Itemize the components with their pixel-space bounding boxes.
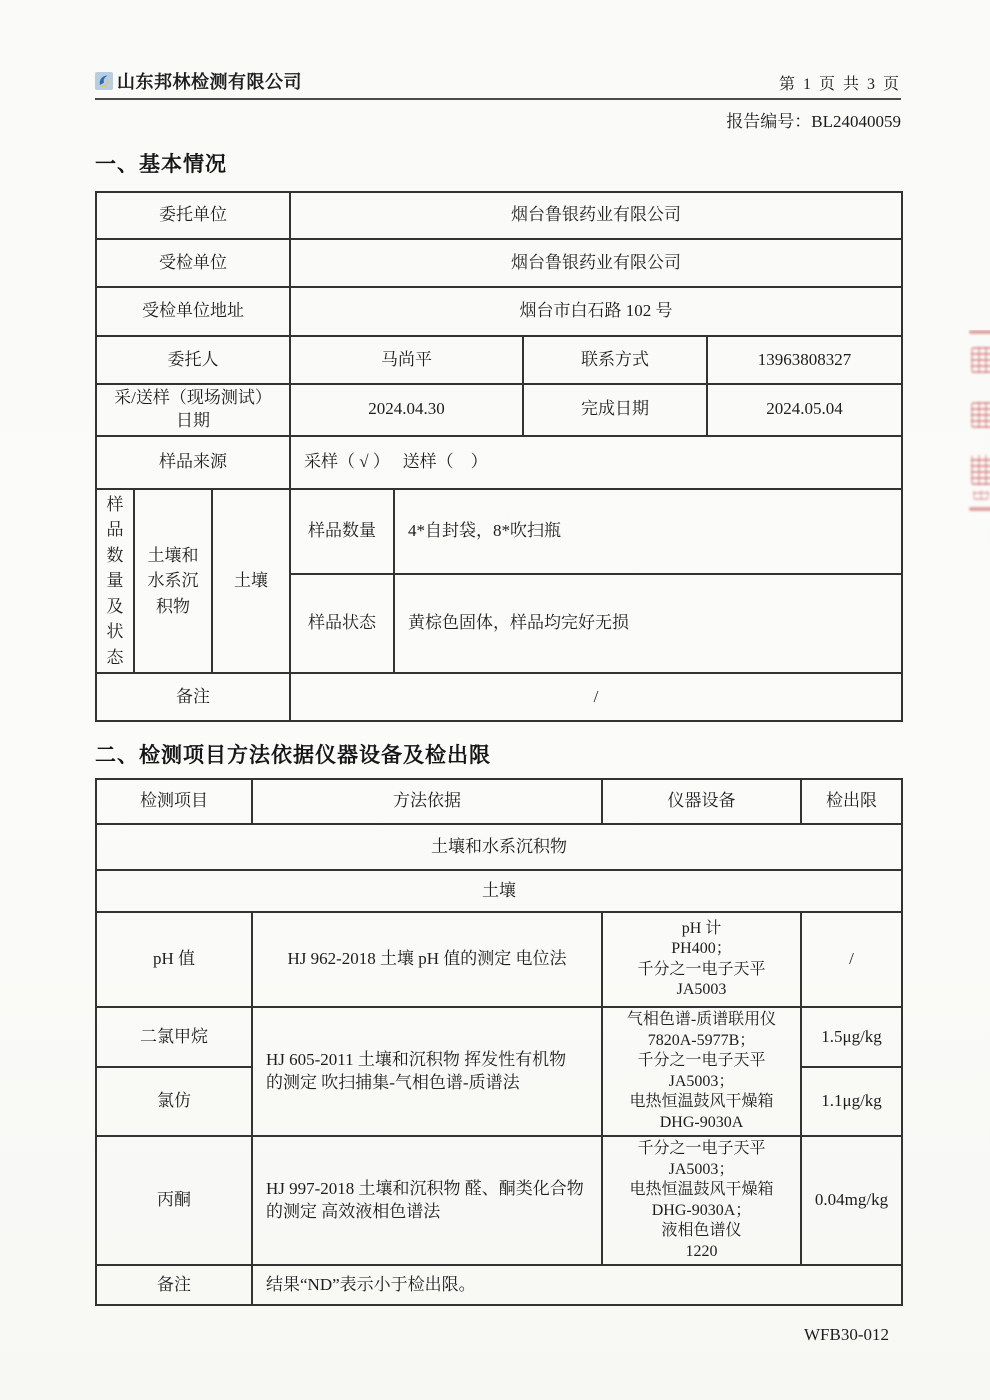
stamp-mark xyxy=(971,347,990,373)
entrust-unit-label: 委托单位 xyxy=(96,192,290,239)
form-code: WFB30-012 xyxy=(95,1325,901,1345)
table-row: 受检单位地址 烟台市白石路 102 号 xyxy=(96,287,902,336)
dcm-limit: 1.5μg/kg xyxy=(801,1007,902,1067)
sample-state-value: 黄棕色固体，样品均完好无损 xyxy=(394,574,902,673)
table2-remark-label: 备注 xyxy=(96,1265,252,1305)
stamp-mark xyxy=(969,330,990,334)
sample-type-label: 土壤 xyxy=(212,489,290,674)
band-matrix: 土壤和水系沉积物 xyxy=(96,824,902,870)
ph-equipment: pH 计 PH400； 千分之一电子天平 JA5003 xyxy=(602,912,801,1007)
table-header-row: 检测项目 方法依据 仪器设备 检出限 xyxy=(96,779,902,824)
company-logo-icon xyxy=(95,72,113,90)
acetone-item: 丙酮 xyxy=(96,1136,252,1265)
red-stamp-fragment xyxy=(964,330,990,514)
stamp-mark xyxy=(971,455,990,485)
finish-date-value: 2024.05.04 xyxy=(707,384,902,436)
sample-state-label: 样品状态 xyxy=(290,574,394,673)
header-rule xyxy=(95,98,901,100)
inspected-unit-value: 烟台鲁银药业有限公司 xyxy=(290,239,902,287)
sample-source-value: 采样（ √ ） 送样（ ） xyxy=(290,436,902,489)
sample-source-label: 样品来源 xyxy=(96,436,290,489)
acetone-equipment: 千分之一电子天平 JA5003； 电热恒温鼓风干燥箱 DHG-9030A； 液相… xyxy=(602,1136,801,1265)
col-header-item: 检测项目 xyxy=(96,779,252,824)
inspected-unit-label: 受检单位 xyxy=(96,239,290,287)
col-header-method: 方法依据 xyxy=(252,779,602,824)
inspected-address-value: 烟台市白石路 102 号 xyxy=(290,287,902,336)
report-number-line: 报告编号：BL24040059 xyxy=(95,107,901,127)
table-row: 样品数量及状态 土壤和水系沉积物 土壤 样品数量 4*自封袋，8*吹扫瓶 xyxy=(96,489,902,574)
table-band-row: 土壤和水系沉积物 xyxy=(96,824,902,870)
sample-qty-label: 样品数量 xyxy=(290,489,394,574)
contact-value: 13963808327 xyxy=(707,336,902,384)
voc-method: HJ 605-2011 土壤和沉积物 挥发性有机物 的测定 吹扫捕集-气相色谱-… xyxy=(252,1007,602,1136)
remark-value: / xyxy=(290,673,902,721)
table2-remark-value: 结果“ND”表示小于检出限。 xyxy=(252,1265,902,1305)
page-header: 山东邦林检测有限公司 第 1 页 共 3 页 xyxy=(95,68,901,94)
sample-matrix-text: 土壤和水系沉积物 xyxy=(145,543,201,620)
sample-group-label: 样品数量及状态 xyxy=(96,489,134,674)
acetone-limit: 0.04mg/kg xyxy=(801,1136,902,1265)
chloroform-limit: 1.1μg/kg xyxy=(801,1067,902,1136)
sampling-date-label: 采/送样（现场测试） 日期 xyxy=(96,384,290,436)
table-row: 委托人 马尚平 联系方式 13963808327 xyxy=(96,336,902,384)
dcm-item: 二氯甲烷 xyxy=(96,1007,252,1067)
finish-date-label: 完成日期 xyxy=(523,384,707,436)
sampling-date-value: 2024.04.30 xyxy=(290,384,523,436)
report-number-value: BL24040059 xyxy=(811,112,901,131)
table-row: 备注 / xyxy=(96,673,902,721)
sample-matrix-label: 土壤和水系沉积物 xyxy=(134,489,212,674)
sample-qty-value: 4*自封袋，8*吹扫瓶 xyxy=(394,489,902,574)
inspected-address-label: 受检单位地址 xyxy=(96,287,290,336)
ph-limit: / xyxy=(801,912,902,1007)
basic-info-table: 委托单位 烟台鲁银药业有限公司 受检单位 烟台鲁银药业有限公司 受检单位地址 烟… xyxy=(95,191,903,722)
chloroform-item: 氯仿 xyxy=(96,1067,252,1136)
entrust-unit-value: 烟台鲁银药业有限公司 xyxy=(290,192,902,239)
client-label: 委托人 xyxy=(96,336,290,384)
table-band-row: 土壤 xyxy=(96,870,902,912)
remark-label: 备注 xyxy=(96,673,290,721)
stamp-mark xyxy=(973,490,989,500)
client-value: 马尚平 xyxy=(290,336,523,384)
ph-method: HJ 962-2018 土壤 pH 值的测定 电位法 xyxy=(252,912,602,1007)
col-header-equipment: 仪器设备 xyxy=(602,779,801,824)
company-name: 山东邦林检测有限公司 xyxy=(117,68,302,94)
stamp-mark xyxy=(969,507,990,511)
voc-equipment: 气相色谱-质谱联用仪 7820A-5977B； 千分之一电子天平 JA5003；… xyxy=(602,1007,801,1136)
ph-item: pH 值 xyxy=(96,912,252,1007)
table-row: 委托单位 烟台鲁银药业有限公司 xyxy=(96,192,902,239)
table-row: 备注 结果“ND”表示小于检出限。 xyxy=(96,1265,902,1305)
table-row: pH 值 HJ 962-2018 土壤 pH 值的测定 电位法 pH 计 PH4… xyxy=(96,912,902,1007)
page-number-info: 第 1 页 共 3 页 xyxy=(779,71,901,94)
acetone-method: HJ 997-2018 土壤和沉积物 醛、酮类化合物 的测定 高效液相色谱法 xyxy=(252,1136,602,1265)
table-row: 采/送样（现场测试） 日期 2024.04.30 完成日期 2024.05.04 xyxy=(96,384,902,436)
company-brand: 山东邦林检测有限公司 xyxy=(95,68,302,94)
method-equipment-table: 检测项目 方法依据 仪器设备 检出限 土壤和水系沉积物 土壤 pH 值 HJ 9… xyxy=(95,778,903,1306)
section1-title: 一、基本情况 xyxy=(95,148,901,178)
table-row: 二氯甲烷 HJ 605-2011 土壤和沉积物 挥发性有机物 的测定 吹扫捕集-… xyxy=(96,1007,902,1067)
table-row: 受检单位 烟台鲁银药业有限公司 xyxy=(96,239,902,287)
col-header-limit: 检出限 xyxy=(801,779,902,824)
table-row: 样品来源 采样（ √ ） 送样（ ） xyxy=(96,436,902,489)
report-page: 山东邦林检测有限公司 第 1 页 共 3 页 报告编号：BL24040059 一… xyxy=(0,0,990,1400)
section2-title: 二、检测项目方法依据仪器设备及检出限 xyxy=(95,739,901,769)
sample-group-label-text: 样品数量及状态 xyxy=(106,492,124,671)
stamp-mark xyxy=(971,402,990,428)
table-row: 丙酮 HJ 997-2018 土壤和沉积物 醛、酮类化合物 的测定 高效液相色谱… xyxy=(96,1136,902,1265)
report-number-label: 报告编号： xyxy=(726,112,811,131)
contact-label: 联系方式 xyxy=(523,336,707,384)
band-type: 土壤 xyxy=(96,870,902,912)
